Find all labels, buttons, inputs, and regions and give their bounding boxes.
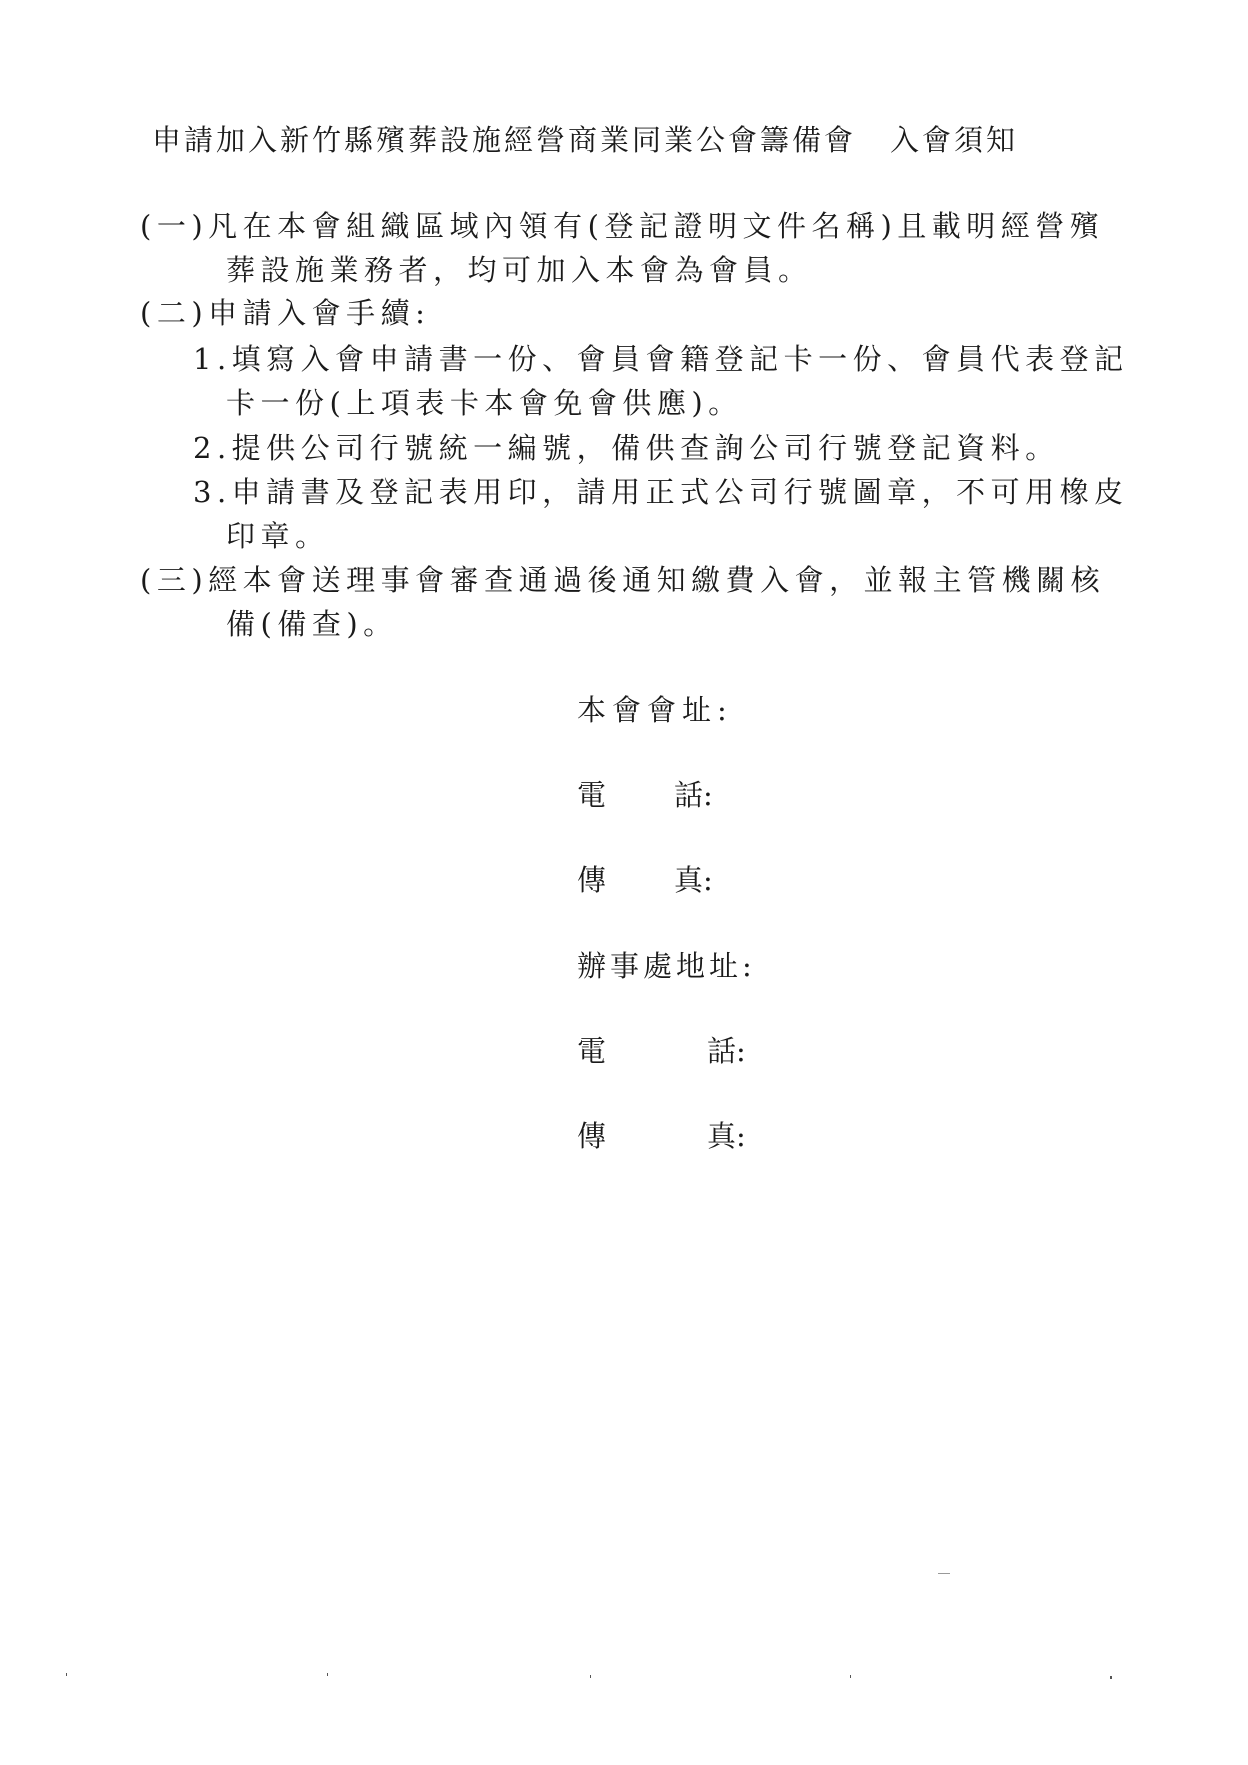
section-1-text-2: 葬設施業務者，均可加入本會為會員。 xyxy=(226,253,813,287)
scan-artifact-dot xyxy=(1110,1676,1112,1679)
section-2-marker: (二) xyxy=(140,293,208,333)
section-1-line-2: 葬設施業務者，均可加入本會為會員。 xyxy=(226,250,813,290)
scan-artifact-dot xyxy=(327,1673,328,1676)
section-3-line-2: 備(備查)。 xyxy=(226,604,398,644)
title-main: 申請加入新竹縣殯葬設施經營商業同業公會籌備會 xyxy=(152,123,856,157)
item-2-number: 2. xyxy=(193,431,232,465)
item-1-number: 1. xyxy=(193,342,232,376)
item-3-line-2: 印章。 xyxy=(226,516,330,556)
title-suffix: 入會須知 xyxy=(890,123,1018,157)
phone-2-label: 電話: xyxy=(577,1031,746,1071)
item-3-number: 3. xyxy=(193,475,232,509)
fax-2-label: 傳真: xyxy=(577,1116,746,1156)
office-address-label: 辦事處地址: xyxy=(577,946,756,986)
section-1-marker: (一) xyxy=(140,206,208,246)
item-1-text-2: 卡一份(上項表卡本會免會供應)。 xyxy=(226,386,743,420)
item-2-text-1: 提供公司行號統一編號，備供查詢公司行號登記資料。 xyxy=(232,431,1060,465)
item-1-line-1: 1.填寫入會申請書一份、會員會籍登記卡一份、會員代表登記 xyxy=(193,339,1129,379)
association-address-label: 本會會址: xyxy=(577,690,733,730)
item-1-line-2: 卡一份(上項表卡本會免會供應)。 xyxy=(226,383,743,423)
item-1-text-1: 填寫入會申請書一份、會員會籍登記卡一份、會員代表登記 xyxy=(232,342,1129,376)
fax-1-label: 傳真: xyxy=(577,860,713,900)
item-3-text-2: 印章。 xyxy=(226,519,330,553)
section-3-line-1: (三)經本會送理事會審查通過後通知繳費入會，並報主管機關核 xyxy=(140,560,1105,600)
document-page: 申請加入新竹縣殯葬設施經營商業同業公會籌備會入會須知 (一)凡在本會組織區域內領… xyxy=(0,0,1248,1765)
item-2-line-1: 2.提供公司行號統一編號，備供查詢公司行號登記資料。 xyxy=(193,428,1060,468)
item-3-text-1: 申請書及登記表用印，請用正式公司行號圖章，不可用橡皮 xyxy=(232,475,1129,509)
document-title: 申請加入新竹縣殯葬設施經營商業同業公會籌備會入會須知 xyxy=(152,118,1018,159)
section-2-heading: 申請入會手續: xyxy=(208,296,430,330)
scan-artifact-dot xyxy=(66,1673,67,1676)
item-3-line-1: 3.申請書及登記表用印，請用正式公司行號圖章，不可用橡皮 xyxy=(193,472,1129,512)
section-3-text-1: 經本會送理事會審查通過後通知繳費入會，並報主管機關核 xyxy=(208,563,1105,597)
scan-artifact-dot xyxy=(590,1675,591,1678)
phone-1-label: 電話: xyxy=(577,775,713,815)
scan-artifact-line xyxy=(938,1573,950,1574)
scan-artifact-dot xyxy=(850,1675,851,1678)
section-2-line-1: (二)申請入會手續: xyxy=(140,293,430,333)
section-1-text-1: 凡在本會組織區域內領有(登記證明文件名稱)且載明經營殯 xyxy=(208,209,1104,243)
section-3-text-2: 備(備查)。 xyxy=(226,607,398,641)
section-3-marker: (三) xyxy=(140,560,208,600)
section-1-line-1: (一)凡在本會組織區域內領有(登記證明文件名稱)且載明經營殯 xyxy=(140,206,1104,246)
